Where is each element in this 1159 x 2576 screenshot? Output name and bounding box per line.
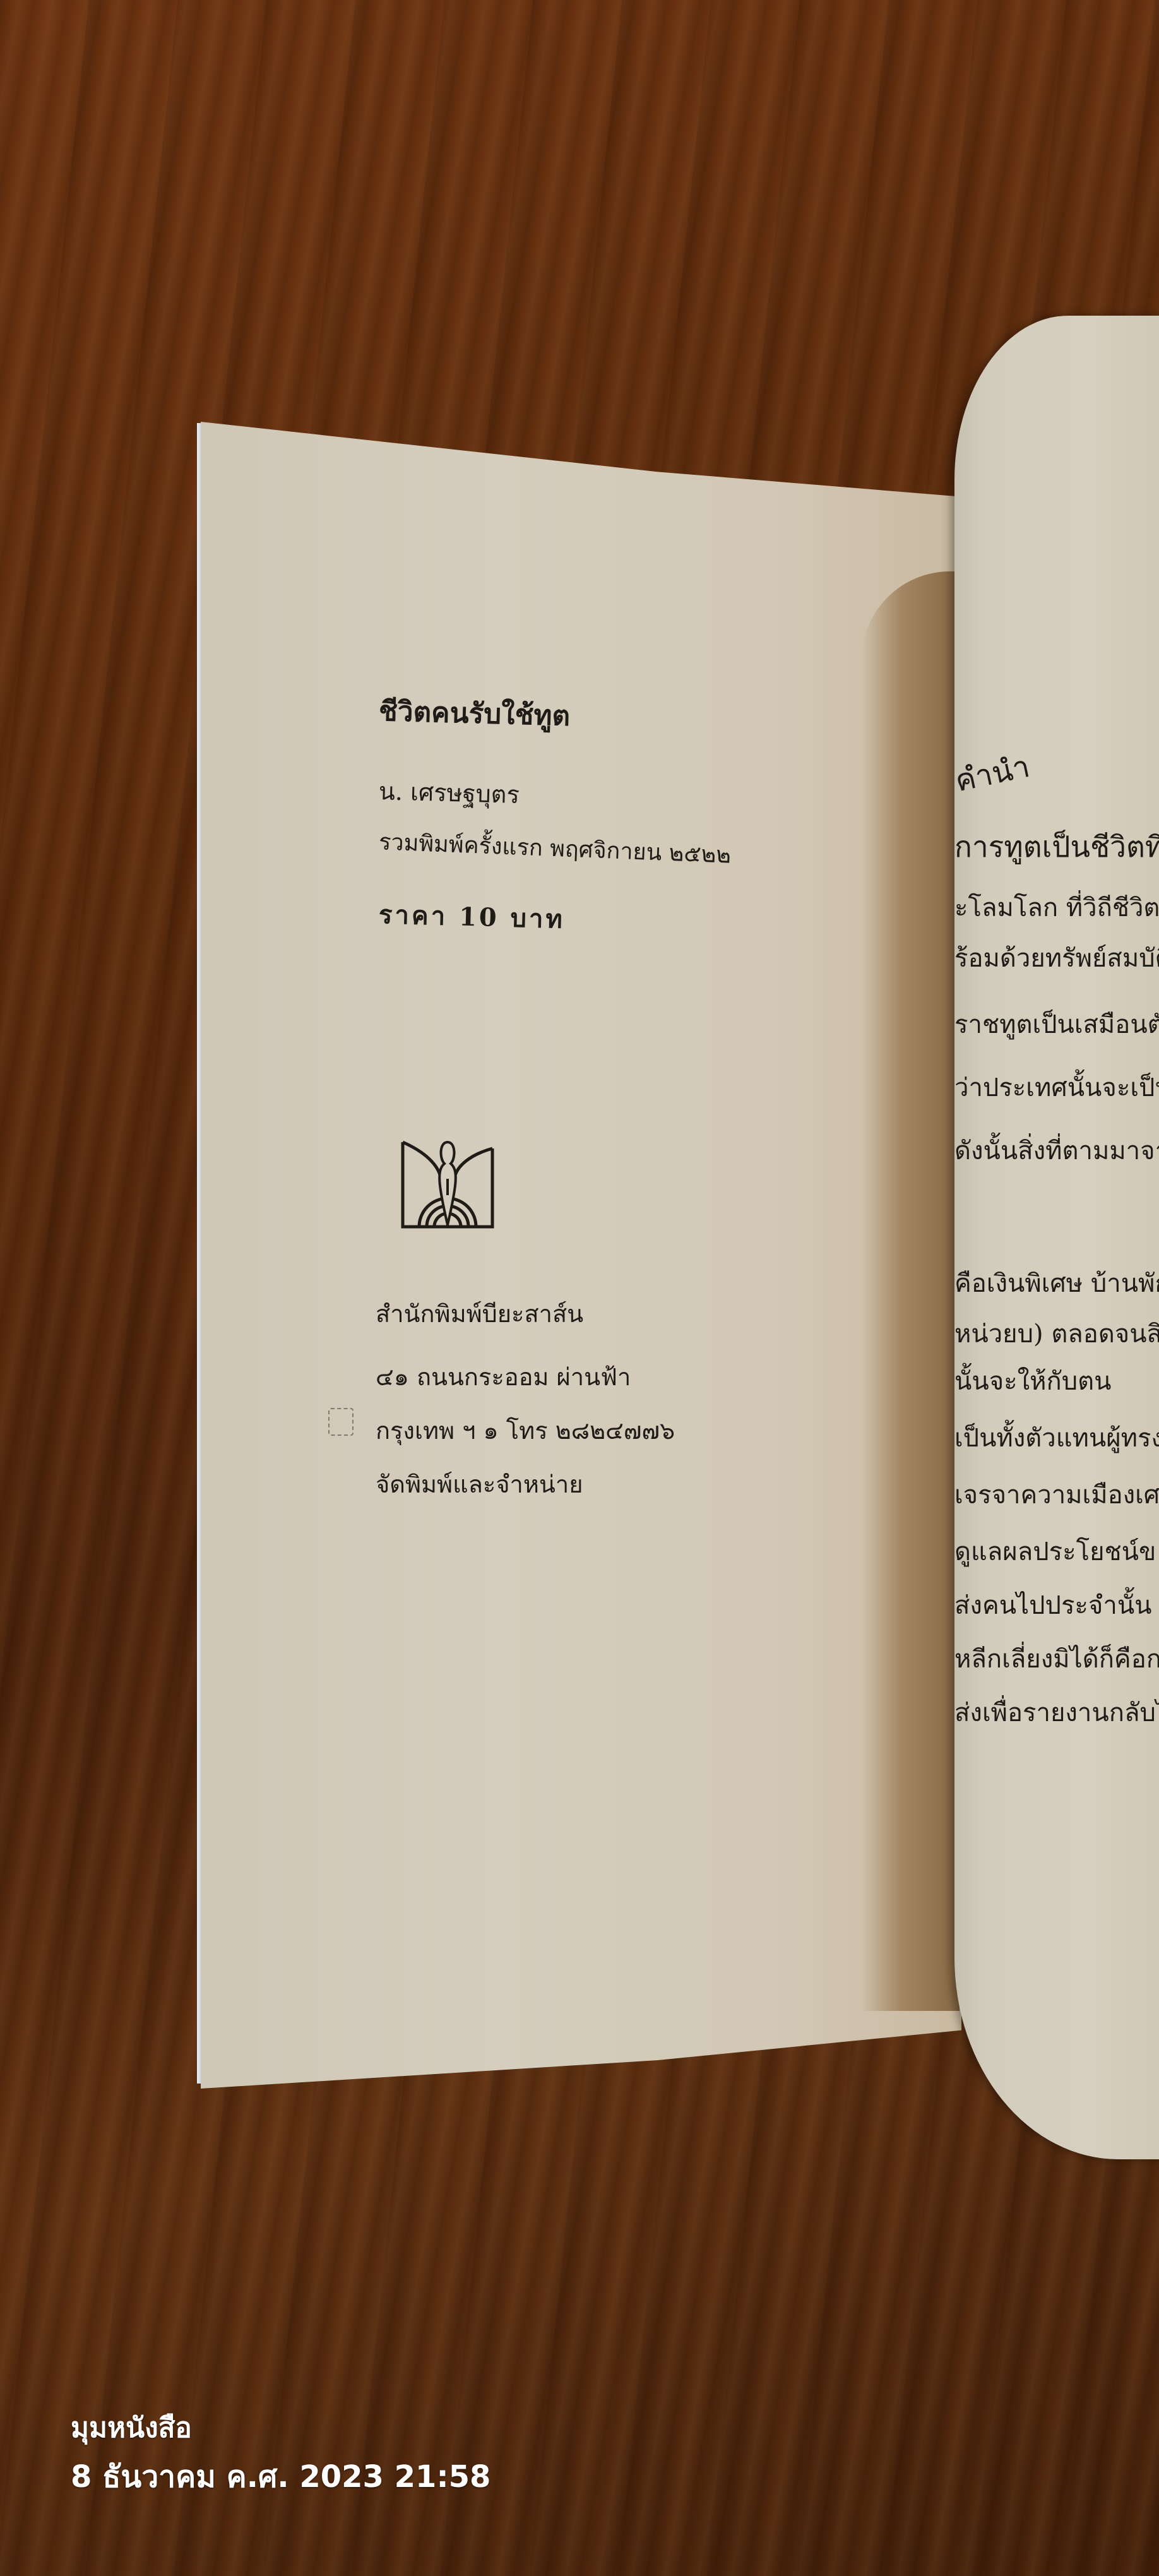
text-line: เป็นทั้งตัวแทนผู้ทรงเกียร [954, 1417, 1159, 1458]
ink-stamp-mark [328, 1408, 354, 1436]
publisher-name: สำนักพิมพ์บียะสาส์น [376, 1294, 583, 1333]
book-author: น. เศรษฐบุตร [378, 772, 520, 814]
publisher-note: จัดพิมพ์และจำหน่าย [376, 1465, 583, 1503]
text-line: ราชทูตเป็นเสมือนตัวแท [954, 1004, 1159, 1044]
left-page [201, 422, 961, 2089]
text-line: การทูตเป็นชีวิตที่โร [954, 824, 1159, 870]
watermark-name: มุมหนังสือ [71, 2406, 192, 2450]
preface-heading: คำนำ [954, 742, 1034, 805]
text-line: ดูแลผลประโยชน์ข [954, 1531, 1156, 1571]
watermark-datetime: 8 ธันวาคม ค.ศ. 2023 21:58 [71, 2453, 490, 2501]
publisher-city-phone: กรุงเทพ ฯ ๑ โทร ๒๘๒๔๗๗๖ [376, 1411, 675, 1450]
text-line: ว่าประเทศนั้นจะเป็นระ [954, 1067, 1159, 1107]
gutter-shadow [862, 571, 960, 2011]
text-line: คือเงินพิเศษ บ้านพัก [954, 1263, 1159, 1303]
publisher-address: ๔๑ ถนนกระออม ผ่านฟ้า [376, 1357, 631, 1396]
text-line: ส่งเพื่อรายงานกลับไ [954, 1692, 1159, 1732]
publisher-logo-icon [400, 1140, 495, 1229]
text-line: ะโลมโลก ที่วิถีชีวิต [954, 887, 1159, 927]
text-line: หลีกเลี่ยงมิได้ก็คือการสื่ [954, 1638, 1159, 1679]
right-page: คำนำ การทูตเป็นชีวิตที่โร ะโลมโลก ที่วิถ… [954, 316, 1159, 2159]
text-line: ร้อมด้วยทรัพย์สมบัติและ [954, 938, 1159, 978]
text-line: ส่งคนไปประจำนั้น [954, 1585, 1152, 1625]
text-line: หน่วยบ) ตลอดจนสิทธิพิ [954, 1313, 1159, 1354]
book-photo: ชีวิตคนรับใช้ทูต น. เศรษฐบุตร รวมพิมพ์คร… [0, 0, 1159, 2576]
price-label: ราคา 10 บาท [378, 894, 565, 939]
text-line: นั้นจะให้กับตน [954, 1361, 1111, 1401]
text-line: ดังนั้นสิ่งที่ตามมาจา [954, 1130, 1159, 1171]
text-line: เจรจาความเมืองเศรษฐ [954, 1474, 1159, 1515]
book-title: ชีวิตคนรับใช้ทูต [378, 689, 571, 738]
